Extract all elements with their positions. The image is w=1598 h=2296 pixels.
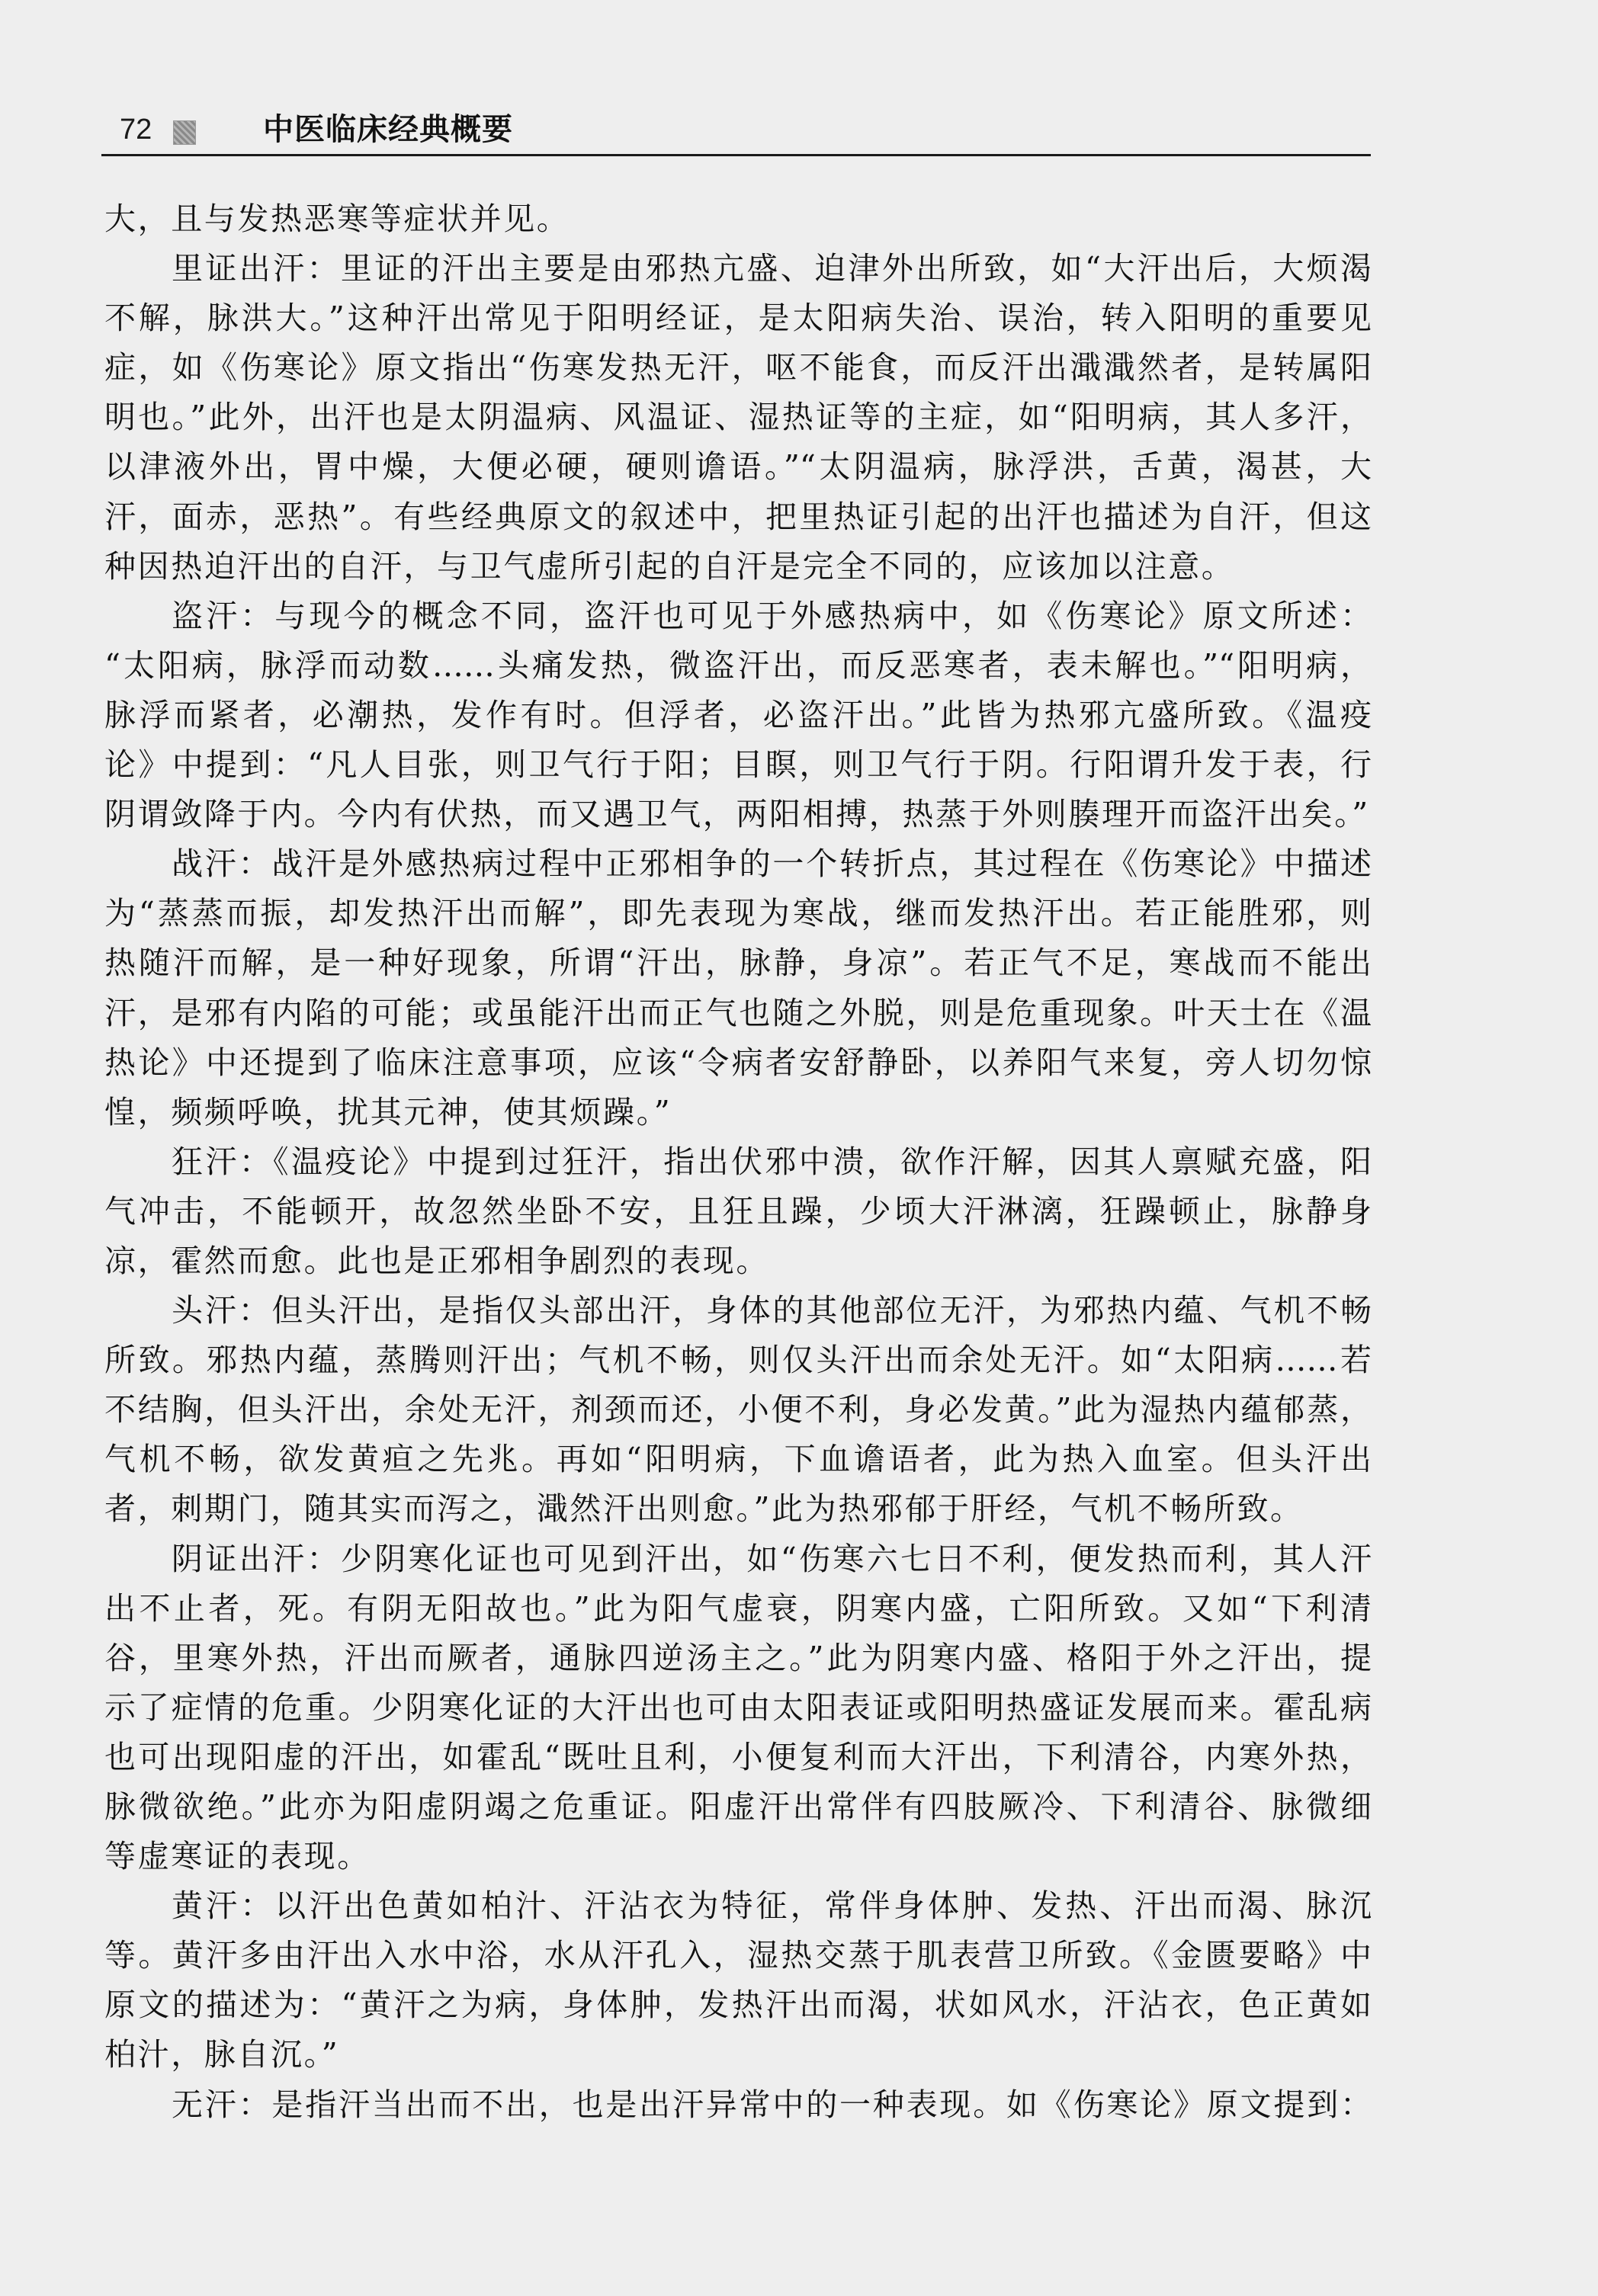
paragraph: 头汗：但头汗出，是指仅头部出汗，身体的其他部位无汗，为邪热内蕴、气机不畅所致。邪…	[104, 1288, 1372, 1536]
text-line: 以津液外出，胃中燥，大便必硬，硬则谵语。”“太阴温病，脉浮洪，舌黄，渴甚，大	[104, 444, 1372, 494]
text-line: 脉微欲绝。”此亦为阳虚阴竭之危重证。阳虚汗出常伴有四肢厥冷、下利清谷、脉微细	[104, 1785, 1372, 1834]
text-line: 阴证出汗：少阴寒化证也可见到汗出，如“伤寒六七日不利，便发热而利，其人汗	[104, 1537, 1372, 1586]
text-line: 等。黄汗多由汗出入水中浴，水从汗孔入，湿热交蒸于肌表营卫所致。《金匮要略》中	[104, 1933, 1372, 1983]
text-line: 所致。邪热内蕴，蒸腾则汗出；气机不畅，则仅头汗出而余处无汗。如“太阳病……若	[104, 1338, 1372, 1387]
text-line: 症，如《伤寒论》原文指出“伤寒发热无汗，呕不能食，而反汗出濈濈然者，是转属阳	[104, 345, 1372, 395]
text-line: 凉，霍然而愈。此也是正邪相争剧烈的表现。	[104, 1239, 1372, 1288]
paragraph: 黄汗：以汗出色黄如柏汁、汗沾衣为特征，常伴身体肿、发热、汗出而渴、脉沉等。黄汗多…	[104, 1884, 1372, 2082]
text-line: 论》中提到：“凡人目张，则卫气行于阳；目瞑，则卫气行于阴。行阳谓升发于表，行	[104, 742, 1372, 792]
paragraph: 无汗：是指汗当出而不出，也是出汗异常中的一种表现。如《伤寒论》原文提到：	[104, 2083, 1372, 2132]
text-line: 热论》中还提到了临床注意事项，应该“令病者安舒静卧，以养阳气来复，旁人切勿惊	[104, 1041, 1372, 1090]
paragraph: 盗汗：与现今的概念不同，盗汗也可见于外感热病中，如《伤寒论》原文所述：“太阳病，…	[104, 594, 1372, 842]
text-line: 为“蒸蒸而振，却发热汗出而解”，即先表现为寒战，继而发热汗出。若正能胜邪，则	[104, 891, 1372, 941]
paragraph: 里证出汗：里证的汗出主要是由邪热亢盛、迫津外出所致，如“大汗出后，大烦渴不解，脉…	[104, 246, 1372, 594]
text-line: 战汗：战汗是外感热病过程中正邪相争的一个转折点，其过程在《伤寒论》中描述	[104, 842, 1372, 891]
text-line: 狂汗：《温疫论》中提到过狂汗，指出伏邪中溃，欲作汗解，因其人禀赋充盛，阳	[104, 1140, 1372, 1189]
text-line: 也可出现阳虚的汗出，如霍乱“既吐且利，小便复利而大汗出，下利清谷，内寒外热，	[104, 1735, 1372, 1785]
text-line: 汗，面赤，恶热”。有些经典原文的叙述中，把里热证引起的出汗也描述为自汗，但这	[104, 495, 1372, 544]
text-line: 汗，是邪有内陷的可能；或虽能汗出而正气也随之外脱，则是危重现象。叶天士在《温	[104, 991, 1372, 1041]
paragraph: 阴证出汗：少阴寒化证也可见到汗出，如“伤寒六七日不利，便发热而利，其人汗出不止者…	[104, 1537, 1372, 1884]
text-line: 不解，脉洪大。”这种汗出常见于阳明经证，是太阳病失治、误治，转入阳明的重要见	[104, 296, 1372, 345]
body-text: 大，且与发热恶寒等症状并见。里证出汗：里证的汗出主要是由邪热亢盛、迫津外出所致，…	[104, 197, 1372, 2132]
text-line: 气机不畅，欲发黄疸之先兆。再如“阳明病，下血谵语者，此为热入血室。但头汗出	[104, 1437, 1372, 1486]
text-line: 示了症情的危重。少阴寒化证的大汗出也可由太阳表证或阳明热盛证发展而来。霍乱病	[104, 1685, 1372, 1735]
header-rule	[101, 154, 1371, 156]
text-line: 者，刺期门，随其实而泻之，濈然汗出则愈。”此为热邪郁于肝经，气机不畅所致。	[104, 1486, 1372, 1536]
running-head-book-title: 中医临床经典概要	[263, 111, 513, 148]
page-number: 72	[120, 113, 152, 146]
text-line: 里证出汗：里证的汗出主要是由邪热亢盛、迫津外出所致，如“大汗出后，大烦渴	[104, 246, 1372, 296]
text-line: 惶，频频呼唤，扰其元神，使其烦躁。”	[104, 1090, 1372, 1140]
text-line: 无汗：是指汗当出而不出，也是出汗异常中的一种表现。如《伤寒论》原文提到：	[104, 2083, 1372, 2132]
text-line: 出不止者，死。有阴无阳故也。”此为阳气虚衰，阴寒内盛，亡阳所致。又如“下利清	[104, 1586, 1372, 1636]
text-line: 大，且与发热恶寒等症状并见。	[104, 197, 1372, 246]
text-line: 热随汗而解，是一种好现象，所谓“汗出，脉静，身凉”。若正气不足，寒战而不能出	[104, 941, 1372, 990]
text-line: 谷，里寒外热，汗出而厥者，通脉四逆汤主之。”此为阴寒内盛、格阳于外之汗出，提	[104, 1636, 1372, 1685]
text-line: 柏汁，脉自沉。”	[104, 2032, 1372, 2082]
paragraph: 战汗：战汗是外感热病过程中正邪相争的一个转折点，其过程在《伤寒论》中描述为“蒸蒸…	[104, 842, 1372, 1140]
paragraph: 狂汗：《温疫论》中提到过狂汗，指出伏邪中溃，欲作汗解，因其人禀赋充盛，阳气冲击，…	[104, 1140, 1372, 1288]
text-line: 黄汗：以汗出色黄如柏汁、汗沾衣为特征，常伴身体肿、发热、汗出而渴、脉沉	[104, 1884, 1372, 1933]
text-line: 明也。”此外，出汗也是太阴温病、风温证、湿热证等的主症，如“阳明病，其人多汗，	[104, 395, 1372, 444]
text-line: “太阳病，脉浮而动数……头痛发热，微盗汗出，而反恶寒者，表未解也。”“阳明病，	[104, 643, 1372, 693]
paragraph: 大，且与发热恶寒等症状并见。	[104, 197, 1372, 246]
text-line: 气冲击，不能顿开，故忽然坐卧不安，且狂且躁，少顷大汗淋漓，狂躁顿止，脉静身	[104, 1189, 1372, 1239]
page-header: 72 中医临床经典概要	[101, 107, 1371, 157]
text-line: 阴谓敛降于内。今内有伏热，而又遇卫气，两阳相搏，热蒸于外则腠理开而盗汗出矣。”	[104, 792, 1372, 842]
header-square-ornament-icon	[173, 120, 196, 145]
text-line: 等虚寒证的表现。	[104, 1834, 1372, 1884]
text-line: 种因热迫汗出的自汗，与卫气虚所引起的自汗是完全不同的，应该加以注意。	[104, 544, 1372, 594]
text-line: 盗汗：与现今的概念不同，盗汗也可见于外感热病中，如《伤寒论》原文所述：	[104, 594, 1372, 643]
text-line: 头汗：但头汗出，是指仅头部出汗，身体的其他部位无汗，为邪热内蕴、气机不畅	[104, 1288, 1372, 1338]
text-line: 脉浮而紧者，必潮热，发作有时。但浮者，必盗汗出。”此皆为热邪亢盛所致。《温疫	[104, 693, 1372, 742]
text-line: 原文的描述为：“黄汗之为病，身体肿，发热汗出而渴，状如风水，汗沾衣，色正黄如	[104, 1983, 1372, 2032]
text-line: 不结胸，但头汗出，余处无汗，剂颈而还，小便不利，身必发黄。”此为湿热内蕴郁蒸，	[104, 1387, 1372, 1437]
